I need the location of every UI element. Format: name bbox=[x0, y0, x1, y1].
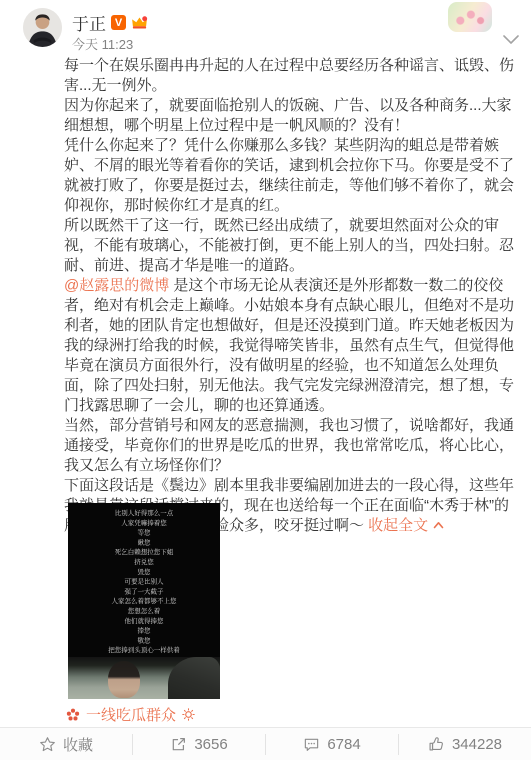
subtitle-line: 死乞白赖想拉您下蛆 bbox=[68, 547, 220, 557]
subtitle-line: 可要是比别人 bbox=[68, 577, 220, 587]
video-still-photo bbox=[68, 657, 220, 699]
post-image[interactable]: 比别人好得那么一点 人家凭嘛捧着您 等您 瞅您 死乞白赖想拉您下蛆 挤兑您 毁您… bbox=[68, 503, 220, 699]
supertopic-sun-icon bbox=[182, 708, 195, 721]
post-timestamp: 今天 11:23 bbox=[72, 34, 133, 53]
supertopic-flower-icon bbox=[66, 708, 80, 722]
post-paragraph: 因为你起来了，就要面临抢别人的饭碗、广告、以及各种商务...大家细想想，哪个明星… bbox=[64, 96, 522, 136]
subtitle-line: 毁您 bbox=[68, 567, 220, 577]
post-paragraph: 凭什么你起来了？凭什么你赚那么多钱？某些阴沟的蛆总是带着嫉妒、不屑的眼光等着看你… bbox=[64, 136, 522, 216]
repost-count: 3656 bbox=[194, 736, 227, 753]
action-bar: 收藏 3656 6784 bbox=[0, 727, 531, 760]
subtitle-line: 瞅您 bbox=[68, 537, 220, 547]
repost-button[interactable]: 3656 bbox=[133, 728, 265, 760]
supertopic-label: 一线吃瓜群众 bbox=[86, 704, 176, 725]
boy-face bbox=[108, 661, 140, 698]
thumbs-up-icon bbox=[428, 736, 445, 753]
collapse-full-text-link[interactable]: 收起全文 bbox=[368, 517, 428, 534]
mention-link[interactable]: @赵露思的微博 bbox=[64, 277, 169, 294]
username[interactable]: 于正 bbox=[72, 10, 106, 35]
post-paragraph-text: 是这个市场无论从表演还是外形都数一数二的佼佼者，绝对有机会走上巅峰。小姑娘本身有… bbox=[64, 277, 514, 414]
repost-icon bbox=[170, 736, 187, 753]
vip-crown-icon bbox=[131, 15, 148, 30]
subtitle-line: 人家凭嘛捧着您 bbox=[68, 518, 220, 528]
avatar[interactable] bbox=[23, 8, 62, 47]
post-paragraph: @赵露思的微博 是这个市场无论从表演还是外形都数一数二的佼佼者，绝对有机会走上巅… bbox=[64, 276, 522, 416]
weibo-post-page: 于正 V 今天 11:23 每一个在娱乐圈冉冉升起的人在过程中总要经历各种谣言、… bbox=[0, 0, 531, 760]
favorite-label: 收藏 bbox=[63, 734, 93, 755]
subtitle-line: 您想怎么着 bbox=[68, 606, 220, 616]
star-icon bbox=[39, 736, 56, 753]
post-body: 每一个在娱乐圈冉冉升起的人在过程中总要经历各种谣言、诋毁、伤害...无一例外。 … bbox=[64, 56, 522, 536]
avatar-image bbox=[23, 8, 62, 47]
subtitle-line: 比别人好得那么一点 bbox=[68, 508, 220, 518]
verified-v-badge: V bbox=[111, 15, 126, 30]
chevron-down-icon[interactable] bbox=[502, 34, 520, 45]
back-of-head bbox=[168, 657, 220, 699]
subtitle-line: 他们就得捧您 bbox=[68, 616, 220, 626]
supporter-sticker-badge bbox=[448, 2, 492, 32]
like-button[interactable]: 344228 bbox=[399, 728, 531, 760]
comment-button[interactable]: 6784 bbox=[266, 728, 398, 760]
comment-icon bbox=[303, 736, 320, 753]
post-paragraph: 每一个在娱乐圈冉冉升起的人在过程中总要经历各种谣言、诋毁、伤害...无一例外。 bbox=[64, 56, 522, 96]
subtitle-line: 敬您 bbox=[68, 635, 220, 645]
subtitle-line: 等您 bbox=[68, 528, 220, 538]
user-line: 于正 V bbox=[72, 10, 148, 35]
comment-count: 6784 bbox=[327, 736, 360, 753]
post-paragraph: 所以既然干了这一行，既然已经出成绩了，就要坦然面对公众的审视，不能有玻璃心，不能… bbox=[64, 216, 522, 276]
like-count: 344228 bbox=[452, 736, 502, 753]
post-paragraph: 当然，部分营销号和网友的恶意揣测，我也习惯了，说啥都好，我通通接受，毕竟你们的世… bbox=[64, 416, 522, 476]
subtitle-line: 强了一大截子 bbox=[68, 586, 220, 596]
subtitle-line: 捧您 bbox=[68, 626, 220, 636]
subtitle-stack: 比别人好得那么一点 人家凭嘛捧着您 等您 瞅您 死乞白赖想拉您下蛆 挤兑您 毁您… bbox=[68, 503, 220, 655]
collapse-chevron-up-icon[interactable] bbox=[433, 521, 444, 529]
subtitle-line: 人家怎么着都够不上您 bbox=[68, 596, 220, 606]
subtitle-line: 挤兑您 bbox=[68, 557, 220, 567]
supertopic-link[interactable]: 一线吃瓜群众 bbox=[66, 704, 195, 725]
favorite-button[interactable]: 收藏 bbox=[0, 728, 132, 760]
subtitle-line: 把您捧到头顶心一样供着 bbox=[68, 645, 220, 655]
